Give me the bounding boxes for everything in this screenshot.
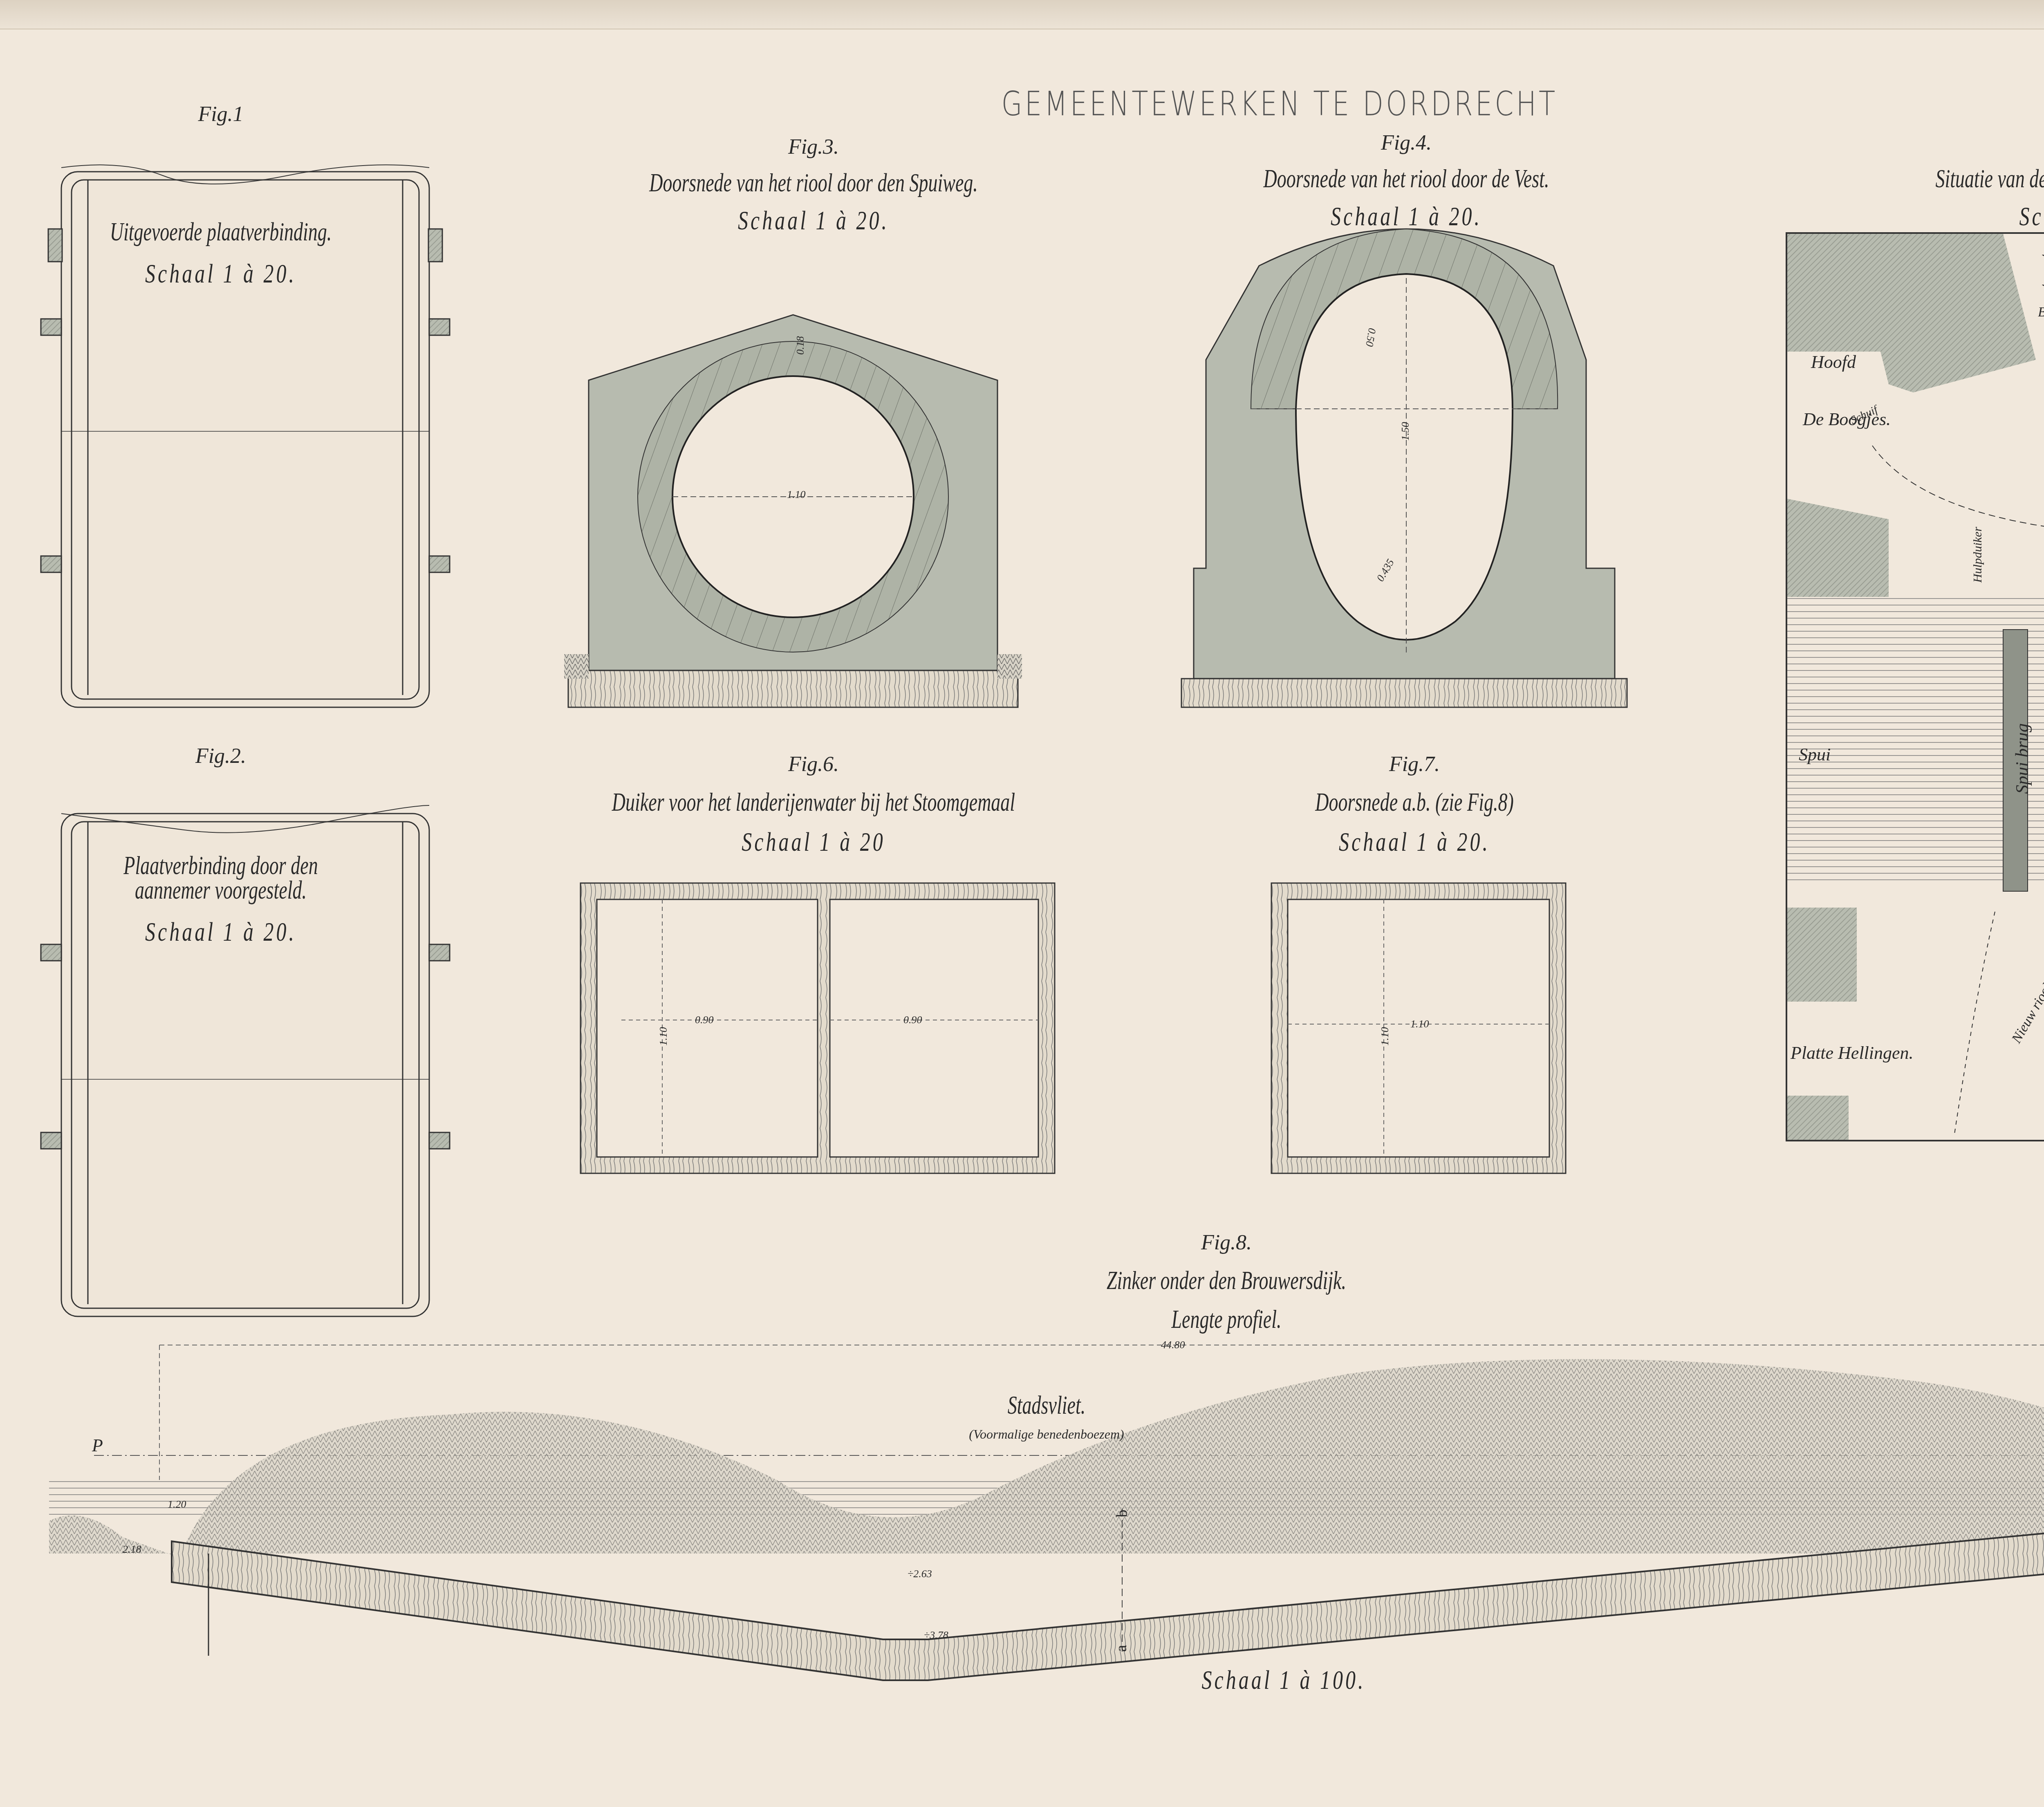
- map-label-hulpduiker: Hulpduiker: [1971, 527, 1985, 583]
- fig3-drawing: [564, 315, 1022, 707]
- fig8-caption: Zinker onder den Brouwersdijk.: [1107, 1265, 1346, 1295]
- sheet-title: GEMEENTEWERKEN TE DORDRECHT: [1002, 84, 1558, 123]
- fig3-dim-arch: 0.18: [794, 336, 807, 355]
- fig3-caption: Doorsnede van het riool door den Spuiweg…: [649, 167, 978, 197]
- fig7-dim-height: 1.10: [1379, 1027, 1391, 1046]
- fig6-dim-width-right: 0.90: [903, 1014, 922, 1026]
- fig3-dim-width: 1.10: [787, 489, 806, 501]
- map-label-spui-brug: Spui brug: [2012, 723, 2033, 794]
- map-label-brug: Brug: [2038, 305, 2044, 320]
- fig6-label: Fig.6.: [788, 752, 839, 776]
- fig6-drawing: [580, 883, 1055, 1173]
- fig8-section-a: a: [1112, 1645, 1130, 1652]
- fig8-label: Fig.8.: [1201, 1231, 1252, 1255]
- fig2-scale: Schaal 1 à 20.: [145, 916, 296, 947]
- map-label-spui-haven-left: Spui: [1799, 744, 1831, 765]
- fig3-scale: Schaal 1 à 20.: [738, 205, 889, 235]
- fig7-scale: Schaal 1 à 20.: [1339, 826, 1490, 857]
- fig4-scale: Schaal 1 à 20.: [1331, 201, 1482, 231]
- map-label-hoofd: Hoofd: [1811, 352, 1856, 372]
- fig1-label: Fig.1: [198, 102, 243, 126]
- fig8-marker-p-left: P: [92, 1435, 103, 1456]
- fig8-subcaption: Lengte profiel.: [1171, 1304, 1281, 1334]
- fig5-scale: Schaal 1 à 500.: [2019, 201, 2044, 231]
- fig8-level-left-top: 1.20: [168, 1498, 186, 1511]
- fig4-drawing: [1181, 229, 1627, 707]
- fig6-dim-width-left: 0.90: [695, 1014, 714, 1026]
- fig6-scale: Schaal 1 à 20: [742, 826, 885, 857]
- fig4-caption: Doorsnede van het riool door de Vest.: [1264, 163, 1549, 193]
- fig7-dim-width: 1.10: [1410, 1018, 1429, 1030]
- fig6-dim-height: 1.10: [657, 1027, 670, 1046]
- map-label-straat: straat.: [2036, 249, 2044, 296]
- fig8-level-mid-bottom: ÷3.78: [924, 1629, 948, 1641]
- fig8-water-note: (Voormalige benedenboezem): [969, 1427, 1124, 1442]
- map-label-platte-hellingen: Platte Hellingen.: [1791, 1042, 1914, 1063]
- fig6-caption: Duiker voor het landerijenwater bij het …: [612, 787, 1015, 817]
- fig3-label: Fig.3.: [788, 135, 839, 159]
- map-label-de-boogjes: De Boogjes.: [1803, 409, 1891, 430]
- fig8-total-length: 44.80: [1161, 1339, 1185, 1351]
- fig2-label: Fig.2.: [195, 744, 246, 768]
- fig8-level-mid-top: ÷2.63: [908, 1568, 932, 1580]
- fig8-scale: Schaal 1 à 100.: [1201, 1664, 1365, 1695]
- fig8-section-b: b: [1113, 1510, 1131, 1518]
- technical-drawings: [0, 0, 2044, 1807]
- fig7-caption: Doorsnede a.b. (zie Fig.8): [1315, 787, 1513, 817]
- fig2-caption-line2: aannemer voorgesteld.: [135, 874, 307, 905]
- fig4-dim-height: 1.50: [1399, 422, 1412, 441]
- fig8-level-left-bottom: 2.18: [123, 1543, 141, 1556]
- fig1-caption: Uitgevoerde plaatverbinding.: [110, 216, 332, 247]
- fig5-caption: Situatie van den zinker door den Spuihav…: [1935, 163, 2044, 193]
- fig8-water-name: Stadsvliet.: [1008, 1390, 1085, 1420]
- fig7-label: Fig.7.: [1389, 752, 1440, 776]
- fig1-scale: Schaal 1 à 20.: [145, 258, 296, 289]
- fig4-label: Fig.4.: [1381, 131, 1432, 155]
